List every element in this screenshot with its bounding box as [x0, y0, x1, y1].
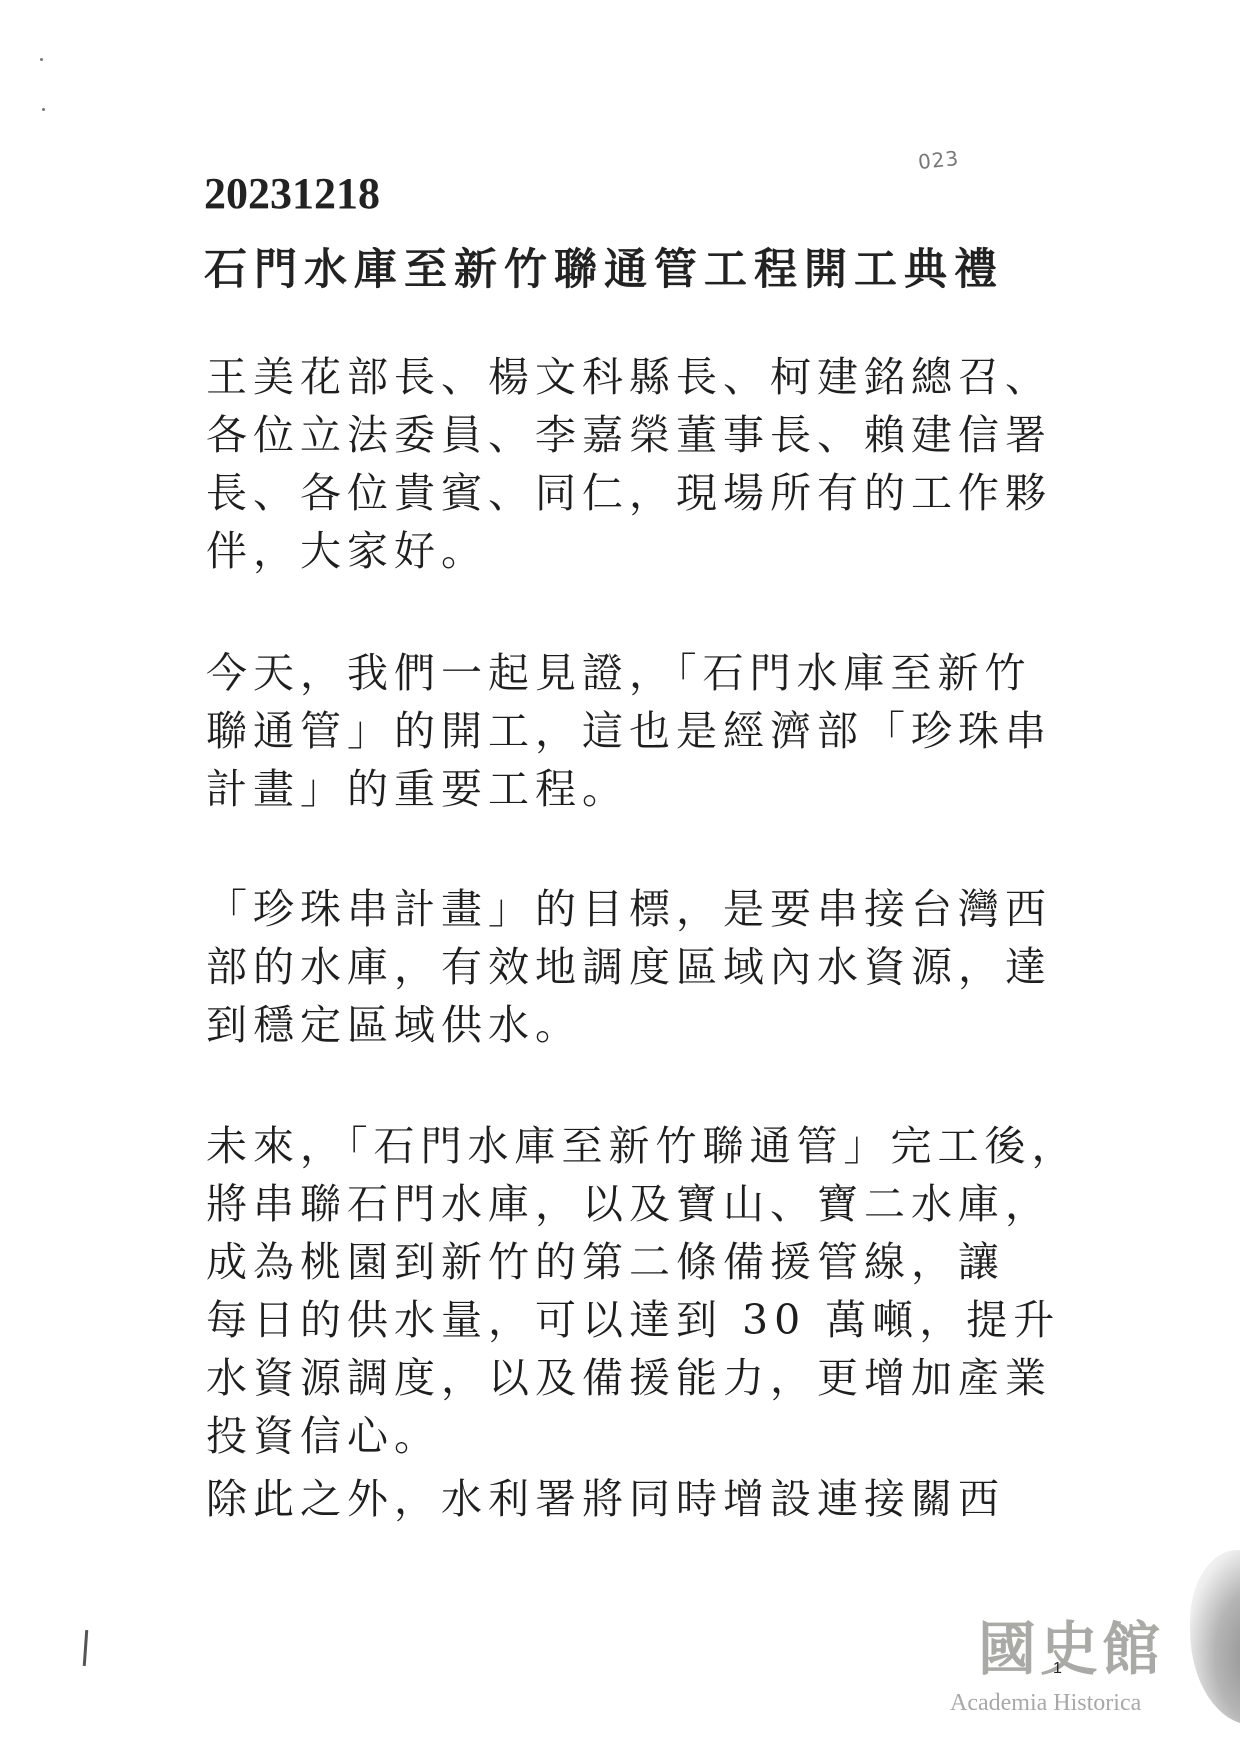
- text-line: 「珍珠串計畫」的目標，是要串接台灣西: [206, 880, 1086, 938]
- margin-pen-mark: [83, 1630, 89, 1666]
- text-line: 部的水庫，有效地調度區域內水資源，達: [206, 938, 1086, 996]
- watermark-chinese-text: 國史館: [978, 1602, 1164, 1686]
- text-line: 水資源調度，以及備援能力，更增加產業: [206, 1349, 1086, 1407]
- text-line: 各位立法委員、李嘉榮董事長、賴建信署: [206, 406, 1086, 464]
- text-line: 將串聯石門水庫，以及寶山、寶二水庫，: [206, 1175, 1086, 1233]
- text-line: 每日的供水量，可以達到 30 萬噸，提升: [206, 1291, 1086, 1349]
- scan-speck: [42, 108, 45, 111]
- scan-speck: [40, 58, 43, 61]
- paragraph-greeting: 王美花部長、楊文科縣長、柯建銘總召、 各位立法委員、李嘉榮董事長、賴建信署 長、…: [206, 348, 1086, 580]
- text-line: 今天，我們一起見證，「石門水庫至新竹: [206, 644, 1086, 702]
- text-line: 到穩定區域供水。: [206, 996, 1086, 1054]
- handwritten-page-note: 023: [917, 146, 960, 174]
- document-title: 石門水庫至新竹聯通管工程開工典禮: [204, 236, 1004, 297]
- brush-logo-icon: [1190, 1550, 1240, 1725]
- text-line: 成為桃園到新竹的第二條備援管線，讓: [206, 1233, 1086, 1291]
- watermark-latin-text: Academia Historica: [950, 1690, 1141, 1717]
- text-line: 計畫」的重要工程。: [206, 760, 1086, 818]
- text-line: 聯通管」的開工，這也是經濟部「珍珠串: [206, 702, 1086, 760]
- paragraph-future: 未來，「石門水庫至新竹聯通管」完工後， 將串聯石門水庫，以及寶山、寶二水庫， 成…: [206, 1117, 1086, 1465]
- paragraph-pearl-plan: 「珍珠串計畫」的目標，是要串接台灣西 部的水庫，有效地調度區域內水資源，達 到穩…: [206, 880, 1086, 1054]
- text-line: 王美花部長、楊文科縣長、柯建銘總召、: [206, 348, 1086, 406]
- document-date: 20231218: [204, 168, 380, 219]
- text-line: 伴，大家好。: [206, 522, 1086, 580]
- text-line: 未來，「石門水庫至新竹聯通管」完工後，: [206, 1117, 1086, 1175]
- scanned-document-page: 023 20231218 石門水庫至新竹聯通管工程開工典禮 王美花部長、楊文科縣…: [0, 0, 1240, 1754]
- text-line: 長、各位貴賓、同仁，現場所有的工作夥: [206, 464, 1086, 522]
- text-line: 投資信心。: [206, 1407, 1086, 1465]
- academia-historica-watermark: 國史館 Academia Historica: [830, 1520, 1210, 1740]
- page-number: 1: [1053, 1660, 1062, 1678]
- paragraph-groundbreaking: 今天，我們一起見證，「石門水庫至新竹 聯通管」的開工，這也是經濟部「珍珠串 計畫…: [206, 644, 1086, 818]
